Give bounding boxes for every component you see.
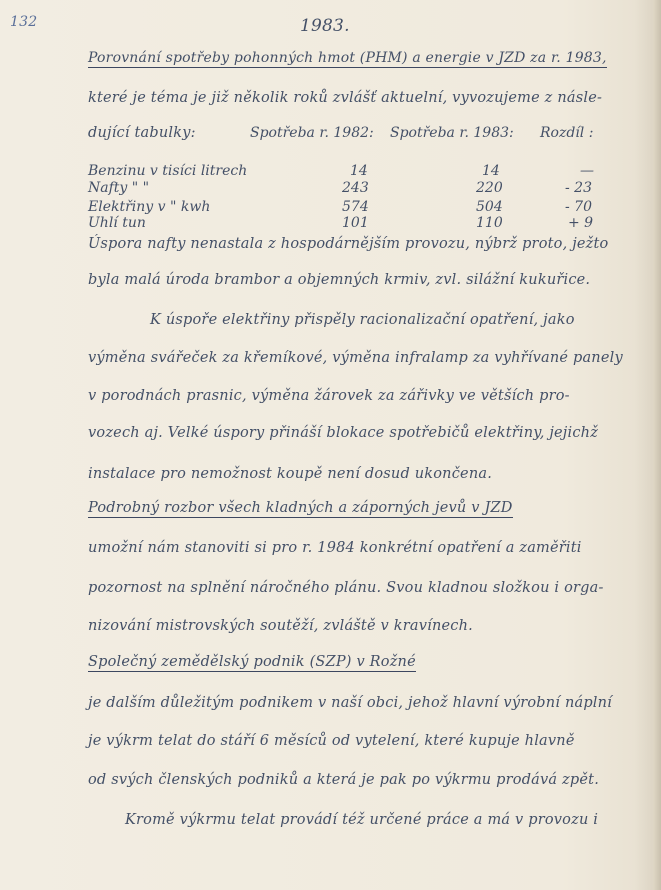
row-label: Uhlí tun bbox=[88, 215, 146, 231]
row-diff: + 9 bbox=[568, 215, 593, 231]
row-value-1982: 14 bbox=[350, 163, 368, 179]
row-value-1982: 101 bbox=[342, 215, 369, 231]
row-label: Benzinu v tisíci litrech bbox=[88, 163, 247, 179]
para3-line3: v porodnách prasnic, výměna žárovek za z… bbox=[88, 388, 570, 404]
para4-line2: pozornost na splnění náročného plánu. Sv… bbox=[88, 580, 604, 596]
para4-line3: nizování mistrovských soutěží, zvláště v… bbox=[88, 618, 473, 634]
col-header-1983: Spotřeba r. 1983: bbox=[390, 125, 514, 141]
para6-line1: Kromě výkrmu telat provádí též určené pr… bbox=[125, 812, 598, 828]
col-header-1982: Spotřeba r. 1982: bbox=[250, 125, 374, 141]
para1-line2: dující tabulky: bbox=[88, 125, 196, 141]
para2-line1: Úspora nafty nenastala z hospodárnějším … bbox=[88, 236, 608, 252]
para3-line1: K úspoře elektřiny přispěly racionalizač… bbox=[150, 312, 575, 328]
para3-line5: instalace pro nemožnost koupě není dosud… bbox=[88, 466, 492, 482]
para3-line4: vozech aj. Velké úspory přináší blokace … bbox=[88, 425, 598, 441]
row-value-1983: 110 bbox=[476, 215, 503, 231]
row-diff: — bbox=[580, 163, 594, 179]
para3-line2: výměna svářeček za křemíkové, výměna inf… bbox=[88, 350, 623, 366]
para5-line1: je dalším důležitým podnikem v naší obci… bbox=[88, 695, 612, 711]
heading-fuel-comparison: Porovnání spotřeby pohonných hmot (PHM) … bbox=[88, 50, 607, 68]
row-value-1983: 220 bbox=[476, 180, 503, 196]
para2-line2: byla malá úroda brambor a objemných krmi… bbox=[88, 272, 590, 288]
para5-line3: od svých členských podniků a která je pa… bbox=[88, 772, 599, 788]
col-header-diff: Rozdíl : bbox=[540, 125, 593, 141]
page-number: 132 bbox=[10, 14, 37, 30]
para4-line1: umožní nám stanoviti si pro r. 1984 konk… bbox=[88, 540, 582, 556]
para5-line2: je výkrm telat do stáří 6 měsíců od vyte… bbox=[88, 733, 575, 749]
row-diff: - 23 bbox=[565, 180, 592, 196]
row-value-1982: 243 bbox=[342, 180, 369, 196]
row-value-1983: 14 bbox=[482, 163, 500, 179]
year-heading: 1983. bbox=[300, 16, 350, 36]
row-label: Elektřiny v " kwh bbox=[88, 199, 210, 215]
para1-line1: které je téma je již několik roků zvlášť… bbox=[88, 90, 602, 106]
heading-analysis: Podrobný rozbor všech kladných a záporný… bbox=[88, 500, 513, 518]
row-diff: - 70 bbox=[565, 199, 592, 215]
page-edge bbox=[653, 0, 661, 890]
row-label: Nafty " " bbox=[88, 180, 149, 196]
heading-szp: Společný zemědělský podnik (SZP) v Rožné bbox=[88, 654, 416, 672]
row-value-1982: 574 bbox=[342, 199, 369, 215]
row-value-1983: 504 bbox=[476, 199, 503, 215]
